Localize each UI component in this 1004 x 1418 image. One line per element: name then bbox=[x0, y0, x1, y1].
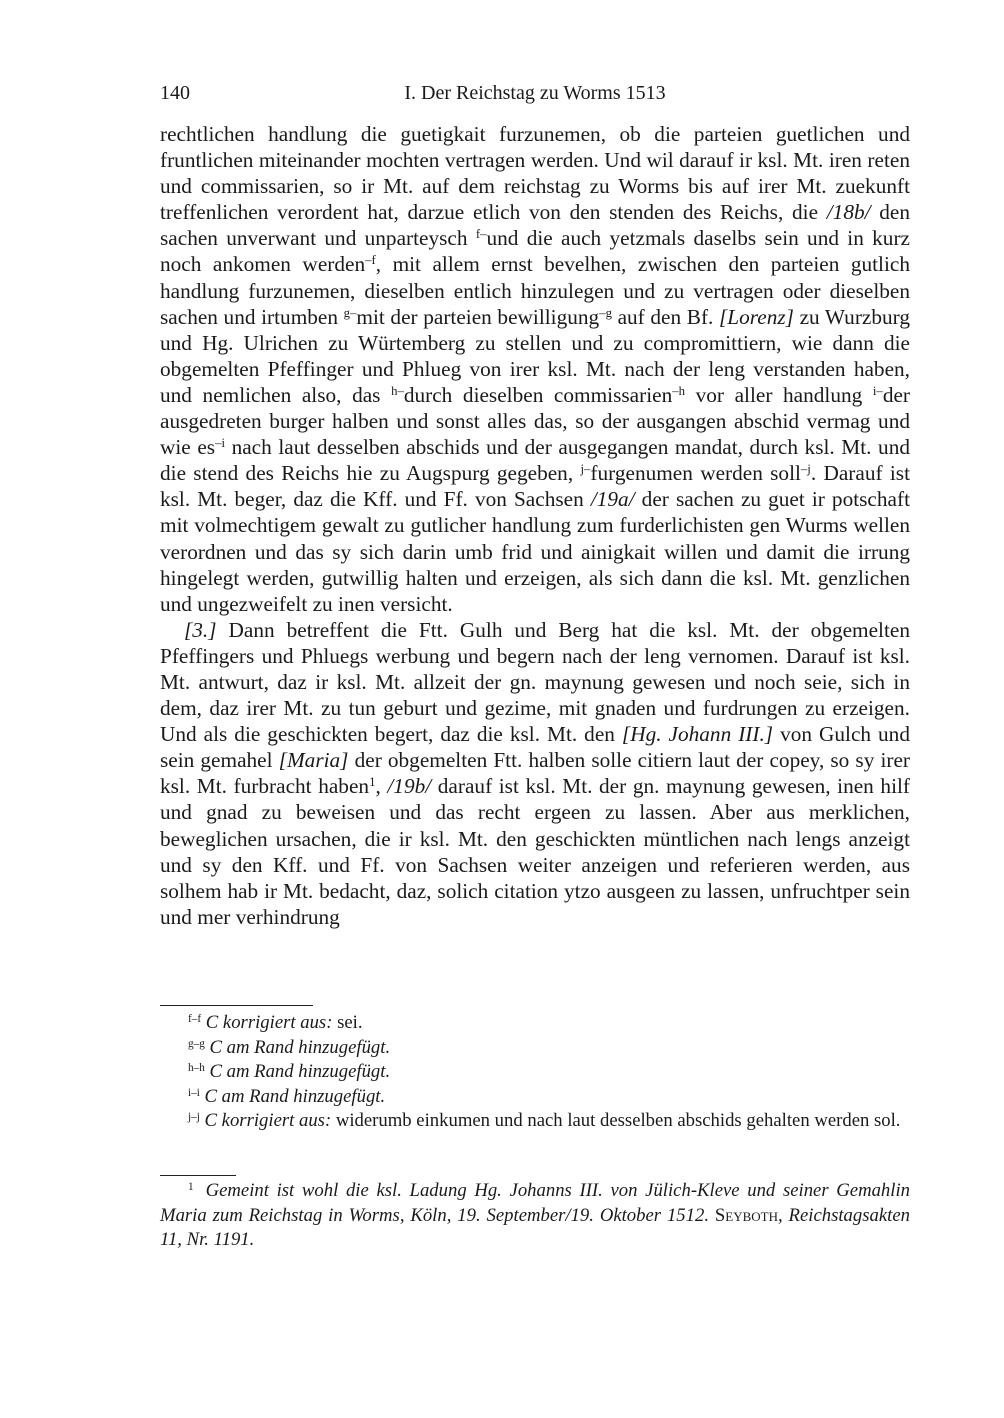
footnote: 1Gemeint ist wohl die ksl. Ladung Hg. Jo… bbox=[160, 1179, 910, 1253]
note-text: sei. bbox=[332, 1012, 362, 1033]
editorial-insertion: [Hg. Johann III.] bbox=[622, 722, 773, 746]
textual-note: i–i C am Rand hinzugefügt. bbox=[160, 1085, 910, 1110]
paragraph-1: rechtlichen handlung die guetigkait furz… bbox=[160, 121, 910, 617]
note-mark: j–j bbox=[188, 1111, 200, 1123]
note-marker: –h bbox=[672, 384, 685, 398]
editorial-insertion: /18b/ bbox=[827, 200, 871, 224]
running-title: I. Der Reichstag zu Worms 1513 bbox=[160, 80, 910, 106]
note-label: C am Rand hinzugefügt. bbox=[205, 1061, 390, 1082]
running-header: 140 I. Der Reichstag zu Worms 1513 bbox=[160, 80, 910, 106]
note-marker: f– bbox=[476, 227, 487, 241]
editorial-insertion: [Lorenz] bbox=[719, 305, 794, 329]
textual-note: j–j C korrigiert aus: widerumb einkumen … bbox=[160, 1109, 910, 1134]
note-marker: –f bbox=[365, 253, 376, 267]
editorial-insertion: /19b/ bbox=[387, 774, 431, 798]
note-mark: h–h bbox=[188, 1062, 205, 1074]
note-label: C am Rand hinzugefügt. bbox=[205, 1037, 390, 1058]
note-marker: –g bbox=[599, 306, 612, 320]
textual-note: g–g C am Rand hinzugefügt. bbox=[160, 1036, 910, 1061]
textual-note: f–f C korrigiert aus: sei. bbox=[160, 1011, 910, 1036]
note-marker: j– bbox=[580, 462, 590, 476]
text-run: , bbox=[375, 774, 387, 798]
editorial-insertion: [Maria] bbox=[279, 748, 349, 772]
note-text: widerumb einkumen und nach laut desselbe… bbox=[331, 1110, 900, 1131]
main-text: rechtlichen handlung die guetigkait furz… bbox=[160, 121, 910, 930]
note-label: C korrigiert aus: bbox=[200, 1110, 331, 1131]
text-run: auf den Bf. bbox=[612, 305, 719, 329]
note-marker: –j bbox=[801, 462, 811, 476]
note-marker: h– bbox=[391, 384, 404, 398]
text-run: furgenumen werden soll bbox=[590, 461, 801, 485]
textual-notes-separator bbox=[160, 1005, 313, 1006]
note-label: C korrigiert aus: bbox=[201, 1012, 332, 1033]
text-run: durch dieselben commissarien bbox=[404, 383, 672, 407]
textual-apparatus: f–f C korrigiert aus: sei.g–g C am Rand … bbox=[160, 1011, 910, 1134]
editorial-insertion: [3.] bbox=[184, 618, 217, 642]
note-marker: i– bbox=[873, 384, 883, 398]
text-run: vor aller handlung bbox=[685, 383, 873, 407]
note-mark: g–g bbox=[188, 1037, 205, 1049]
footnotes: 1Gemeint ist wohl die ksl. Ladung Hg. Jo… bbox=[160, 1179, 910, 1253]
footnotes-separator bbox=[160, 1175, 236, 1176]
note-mark: f–f bbox=[188, 1013, 201, 1025]
footnote-mark: 1 bbox=[188, 1181, 194, 1193]
note-mark: i–i bbox=[188, 1086, 200, 1098]
footnote-author: Seyboth bbox=[715, 1205, 778, 1226]
note-marker: –i bbox=[215, 436, 225, 450]
paragraph-2: [3.] Dann betreffent die Ftt. Gulh und B… bbox=[160, 617, 910, 930]
text-run: rechtlichen handlung die guetigkait furz… bbox=[160, 122, 910, 224]
note-marker: g– bbox=[344, 306, 357, 320]
note-label: C am Rand hinzugefügt. bbox=[200, 1086, 385, 1107]
textual-note: h–h C am Rand hinzugefügt. bbox=[160, 1060, 910, 1085]
editorial-insertion: /19a/ bbox=[591, 487, 635, 511]
text-run: mit der parteien bewilligung bbox=[356, 305, 599, 329]
